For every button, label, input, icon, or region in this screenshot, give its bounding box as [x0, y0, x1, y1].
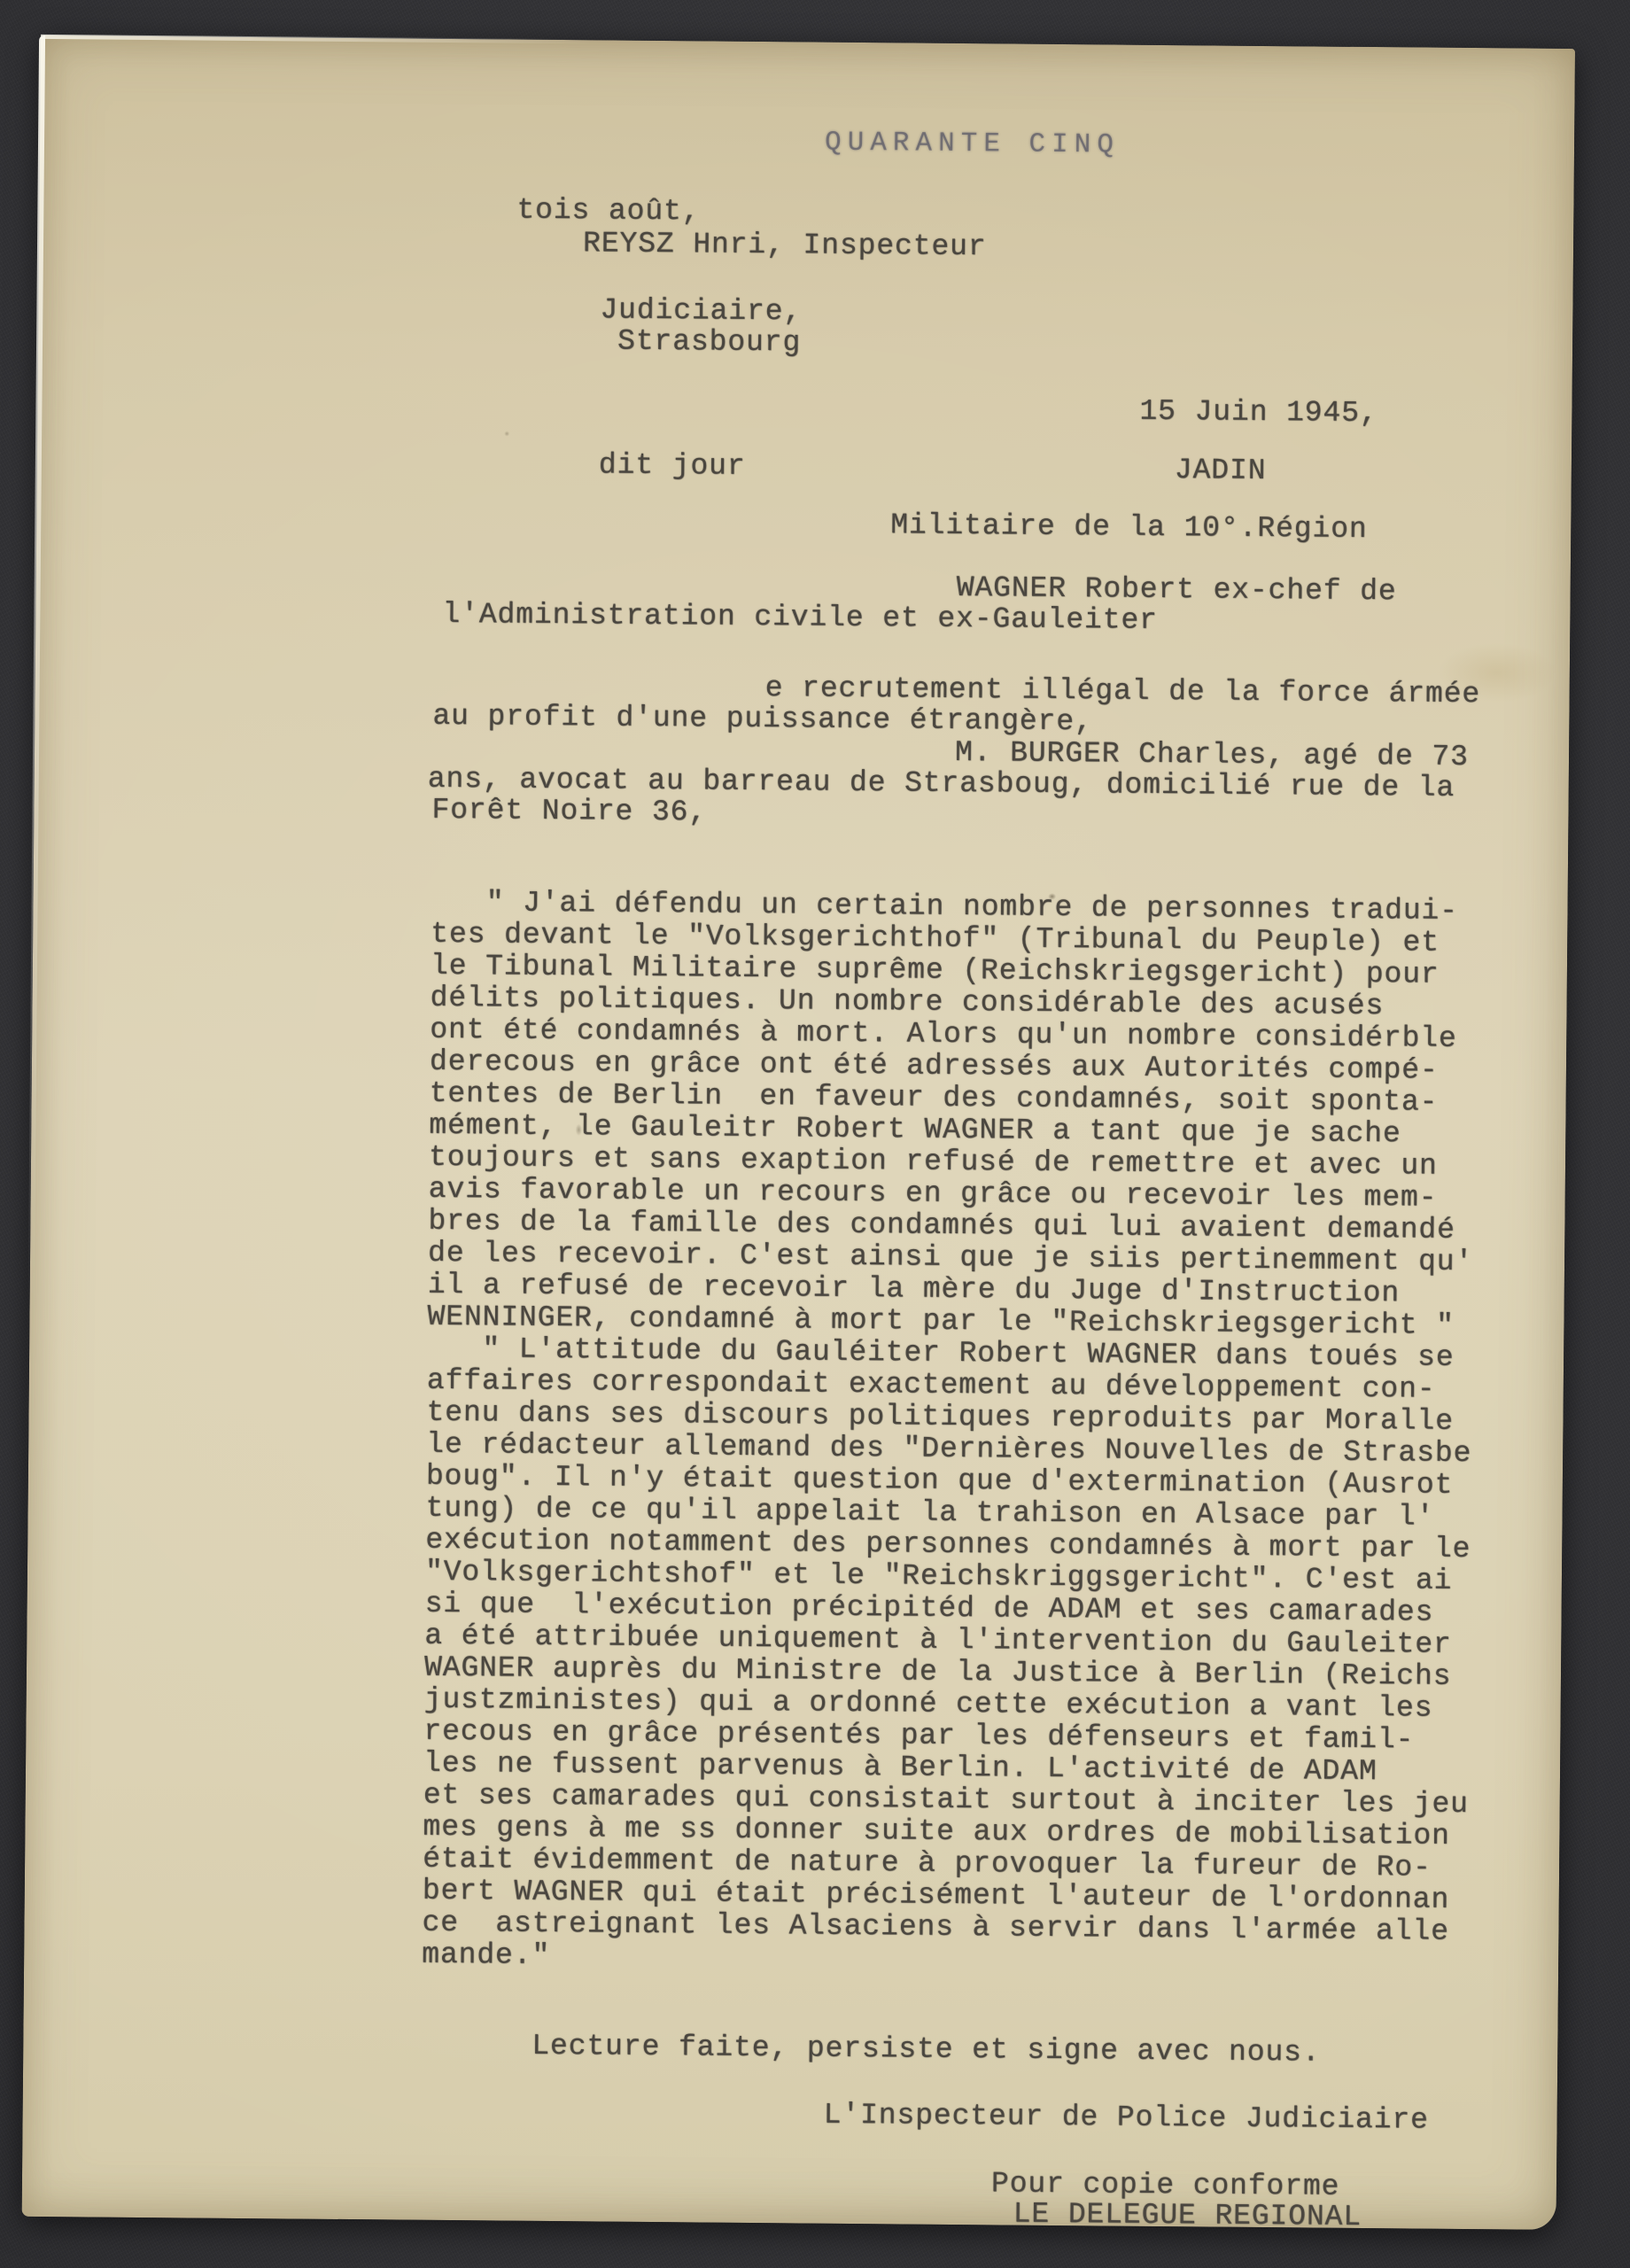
closing-inspector-title: L'Inspecteur de Police Judiciaire	[823, 2100, 1429, 2137]
dit-jour-label: dit jour	[599, 449, 746, 482]
header-judiciaire: Judiciaire,	[600, 294, 802, 328]
header-inspector-name: REYSZ Hnri, Inspecteur	[583, 228, 987, 263]
header-city: Strasbourg	[617, 326, 801, 360]
closing-lecture-line: Lecture faite, persiste et signe avec no…	[532, 2031, 1321, 2070]
document-page: QUARANTE CINQ tois août, REYSZ Hnri, Ins…	[22, 35, 1575, 2230]
statement-paragraph-1: " J'ai défendu un certain nombre de pers…	[427, 887, 1476, 1342]
page-number-word: QUARANTE CINQ	[825, 128, 1120, 162]
accused-title-line: l'Administration civile et ex-Gauleiter	[442, 599, 1158, 637]
document-date: 15 Juin 1945,	[1139, 396, 1378, 430]
statement-paragraph-2: " L'attitude du Gauléiter Robert WAGNER …	[422, 1333, 1472, 1980]
military-region-line: Militaire de la 10°.Région	[890, 509, 1368, 546]
charge-line-2: au profit d'une puissance étrangère,	[432, 701, 1093, 739]
jadin-name: JADIN	[1175, 454, 1267, 487]
closing-regional-delegate: LE DELEGUE REGIONAL	[1013, 2199, 1362, 2233]
header-date-line: tois août,	[516, 195, 700, 229]
witness-street-line: Forêt Noire 36,	[431, 795, 707, 829]
